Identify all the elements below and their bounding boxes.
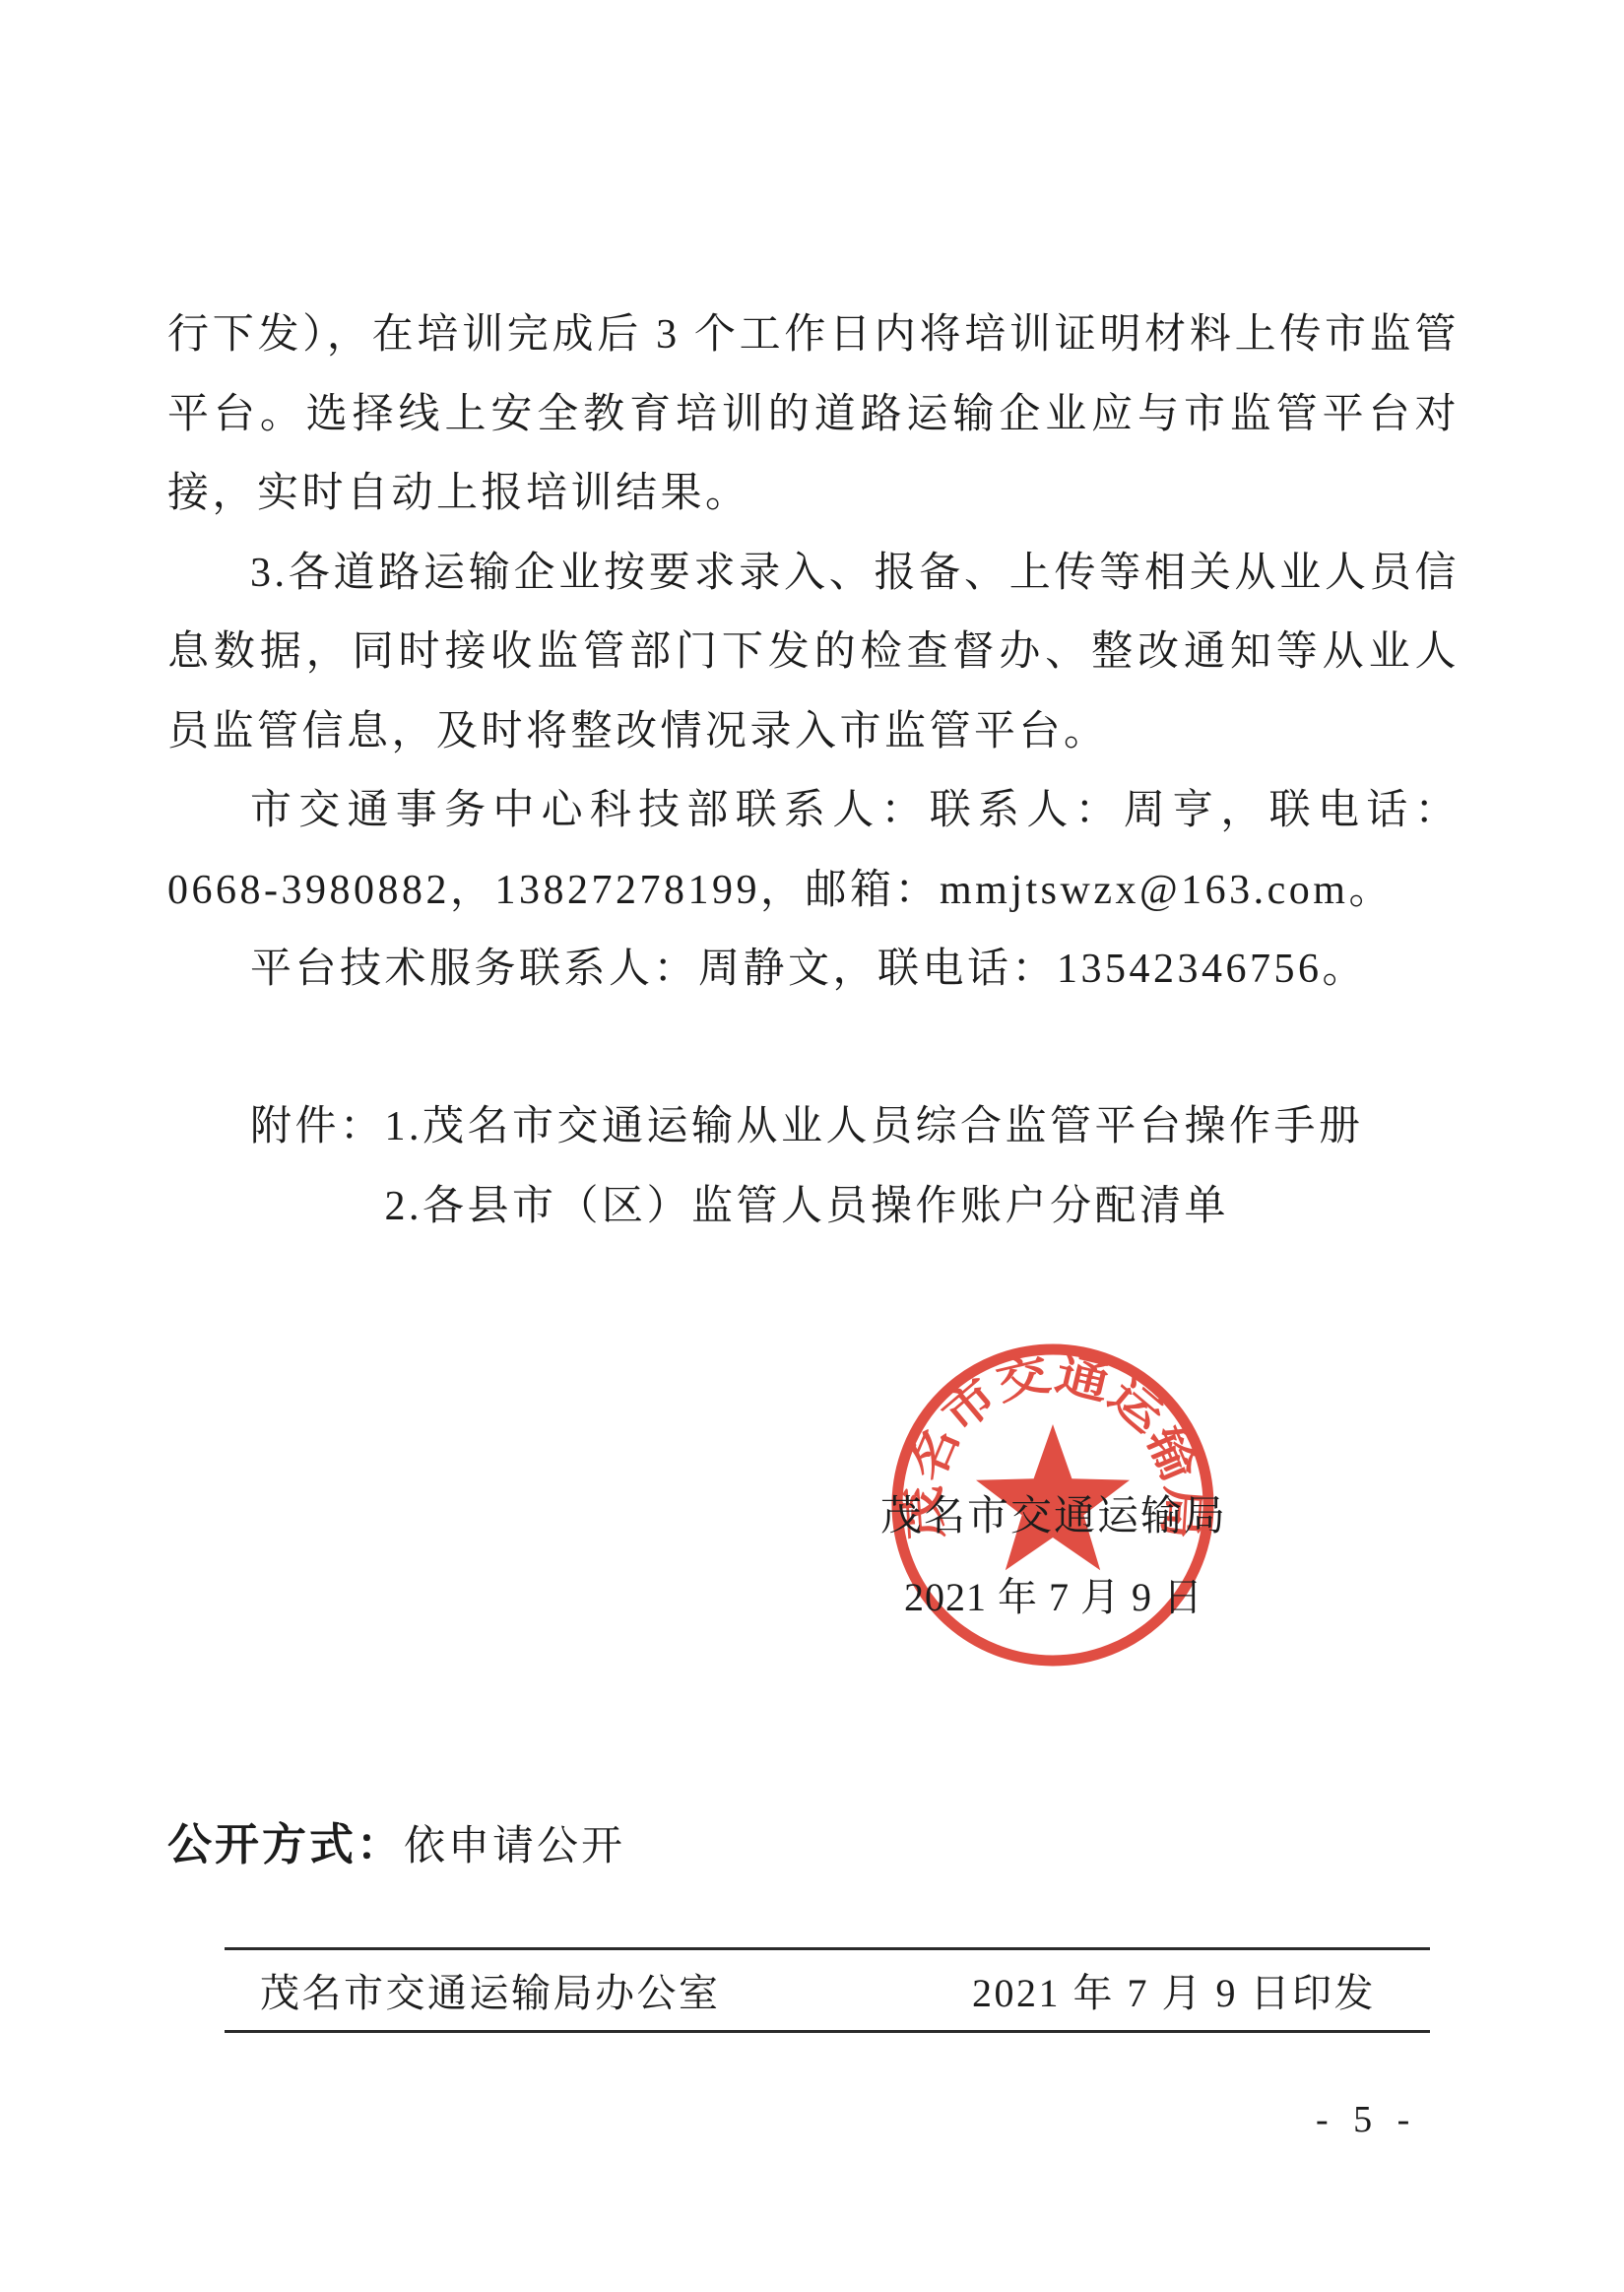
footer-print-date: 2021 年 7 月 9 日印发 (972, 1962, 1376, 2018)
body-paragraph-continuation: 行下发），在培训完成后 3 个工作日内将培训证明材料上传市监管平台。选择线上安全… (167, 295, 1460, 534)
disclosure-value: 依申请公开 (404, 1824, 625, 1869)
page-number: - 5 - (1316, 2098, 1417, 2141)
attachment-item-1: 1.茂名市交通运输从业人员综合监管平台操作手册 (385, 1087, 1364, 1167)
attachments-block: 附件： 1.茂名市交通运输从业人员综合监管平台操作手册 2.各县市（区）监管人员… (250, 1087, 1471, 1246)
document-body: 行下发），在培训完成后 3 个工作日内将培训证明材料上传市监管平台。选择线上安全… (167, 295, 1460, 1010)
document-page: 行下发），在培训完成后 3 个工作日内将培训证明材料上传市监管平台。选择线上安全… (0, 0, 1624, 2292)
body-paragraph-contact-tech: 市交通事务中心科技部联系人：联系人：周亨，联电话：0668-3980882，13… (167, 771, 1460, 930)
body-paragraph-contact-platform: 平台技术服务联系人：周静文，联电话：13542346756。 (167, 930, 1460, 1010)
attachments-list: 1.茂名市交通运输从业人员综合监管平台操作手册 2.各县市（区）监管人员操作账户… (385, 1087, 1364, 1246)
signature-date: 2021 年 7 月 9 日 (876, 1566, 1232, 1622)
disclosure-line: 公开方式：依申请公开 (167, 1808, 625, 1872)
disclosure-label: 公开方式： (167, 1819, 404, 1869)
body-paragraph-item-3: 3.各道路运输企业按要求录入、报备、上传等相关从业人员信息数据，同时接收监管部门… (167, 534, 1460, 772)
attachments-label: 附件： (250, 1087, 385, 1167)
signature-agency: 茂名市交通运输局 (876, 1483, 1232, 1542)
footer-bar: 茂名市交通运输局办公室 2021 年 7 月 9 日印发 (225, 1947, 1430, 2033)
attachment-item-2: 2.各县市（区）监管人员操作账户分配清单 (385, 1167, 1364, 1247)
footer-issuer: 茂名市交通运输局办公室 (260, 1962, 721, 2018)
